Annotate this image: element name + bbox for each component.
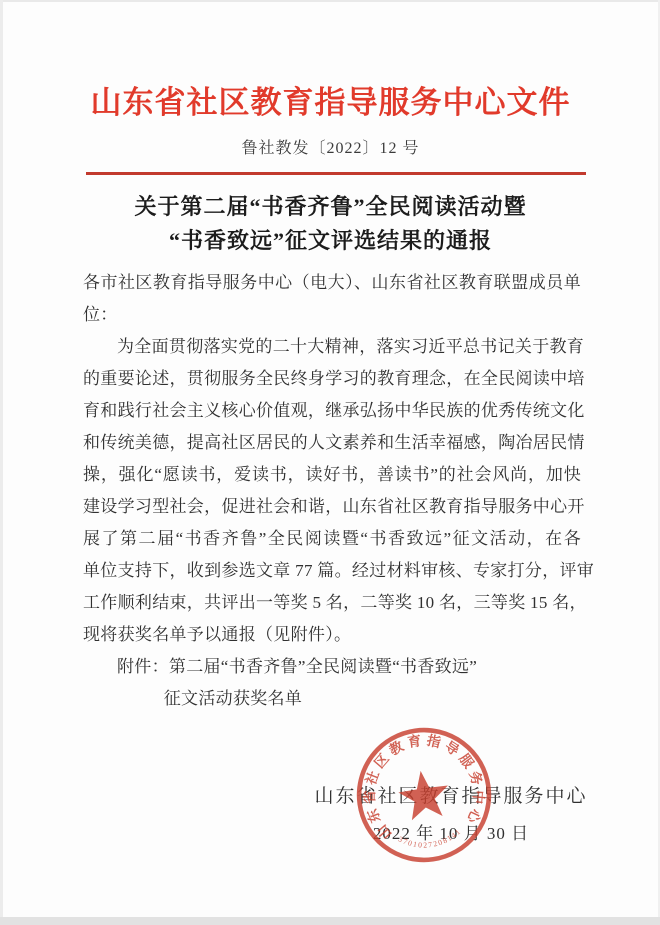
paragraph-line: 的重要论述，贯彻服务全民终身学习的教育理念，在全民阅读中培 [83,363,581,395]
document-page: 山东省社区教育指导服务中心文件 鲁社教发〔2022〕12 号 关于第二届“书香齐… [3,2,658,918]
salutation-line-2: 位： [83,299,581,331]
paragraph-line: 建设学习型社会，促进社会和谐，山东省社区教育指导服务中心开 [83,491,581,523]
paragraph-line: 育和践行社会主义核心价值观，继承弘扬中华民族的优秀传统文化 [83,395,581,427]
red-separator-rule [86,172,586,175]
paragraph-line: 为全面贯彻落实党的二十大精神，落实习近平总书记关于教育 [83,331,581,363]
paragraph-line: 和传统美德，提高社区居民的人文素养和生活幸福感，陶冶居民情 [83,427,581,459]
scanned-document-viewport: 山东省社区教育指导服务中心文件 鲁社教发〔2022〕12 号 关于第二届“书香齐… [0,0,660,925]
attachment-line-1: 附件：第二届“书香齐鲁”全民阅读暨“书香致远” [83,651,581,683]
document-number: 鲁社教发〔2022〕12 号 [3,138,658,160]
document-body: 各市社区教育指导服务中心（电大）、山东省社区教育联盟成员单 位： 为全面贯彻落实… [83,267,581,715]
paragraph-line: 单位支持下，收到参选文章 77 篇。经过材料审核、专家打分，评审 [83,555,581,587]
seal-star-icon [396,767,452,821]
title-line-1: 关于第二届“书香齐鲁”全民阅读活动暨 [3,190,658,224]
seal-serial-number: 3701027208141 [396,826,465,854]
salutation-line-1: 各市社区教育指导服务中心（电大）、山东省社区教育联盟成员单 [83,267,581,299]
scan-edge-bottom [0,917,660,925]
paragraph-line: 工作顺利结束，共评出一等奖 5 名，二等奖 10 名，三等奖 15 名， [83,587,581,619]
attachment-line-2: 征文活动获奖名单 [83,683,581,715]
document-title: 关于第二届“书香齐鲁”全民阅读活动暨 “书香致远”征文评选结果的通报 [3,190,658,258]
official-seal: 山东省社区教育指导服务中心 3701027208141 [344,715,504,875]
paragraph-line: 展了第二届“书香齐鲁”全民阅读暨“书香致远”征文活动，在各 [83,523,581,555]
title-line-2: “书香致远”征文评选结果的通报 [3,224,658,258]
paragraph-line: 操，强化“愿读书，爱读书，读好书，善读书”的社会风尚，加快 [83,459,581,491]
red-letterhead-banner: 山东省社区教育指导服务中心文件 [3,84,658,122]
scan-edge-left [0,0,3,925]
paragraph-line: 现将获奖名单予以通报（见附件）。 [83,619,581,651]
